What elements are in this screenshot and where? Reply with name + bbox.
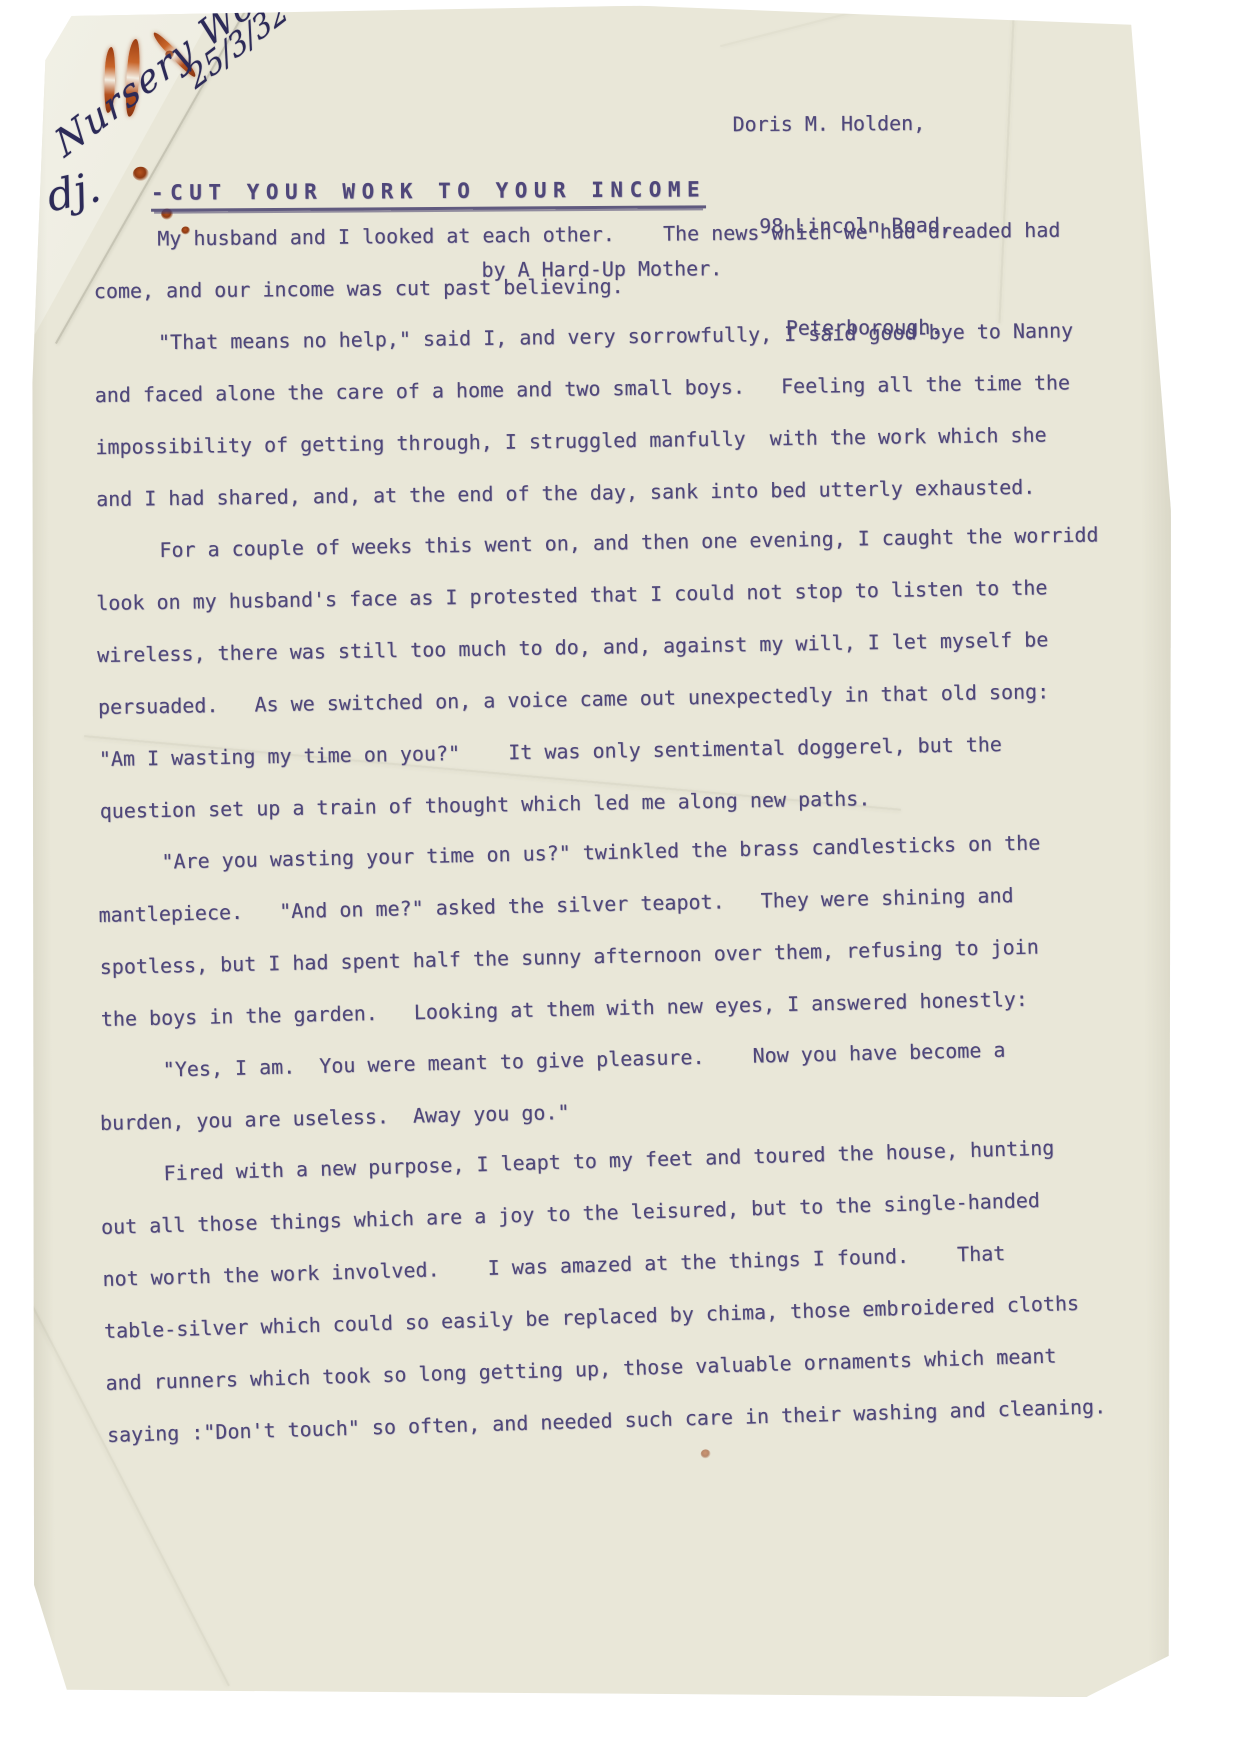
body-paragraph: Fired with a new purpose, I leapt to my … <box>99 1119 1148 1461</box>
address-line: Doris M. Holden, <box>732 106 951 141</box>
paper-edge-shading-right <box>1138 3 1178 1697</box>
rust-stain <box>133 167 149 181</box>
body-paragraph: My husband and I looked at each other. T… <box>93 203 1134 317</box>
body-paragraph: For a couple of weeks this went on, and … <box>95 508 1140 837</box>
page-title: -CUT YOUR WORK TO YOUR INCOME <box>151 177 706 211</box>
body-paragraph: "Are you wasting your time on us?" twink… <box>97 814 1141 1045</box>
body-paragraph: "That means no help," said I, and very s… <box>94 303 1137 525</box>
scanned-letter-page: Nursery World 25/3/32 dj. Doris M. Holde… <box>20 3 1178 1704</box>
letter-body: My husband and I looked at each other. T… <box>93 207 1141 1461</box>
typed-line: My husband and I looked at each other. T… <box>93 203 1133 265</box>
